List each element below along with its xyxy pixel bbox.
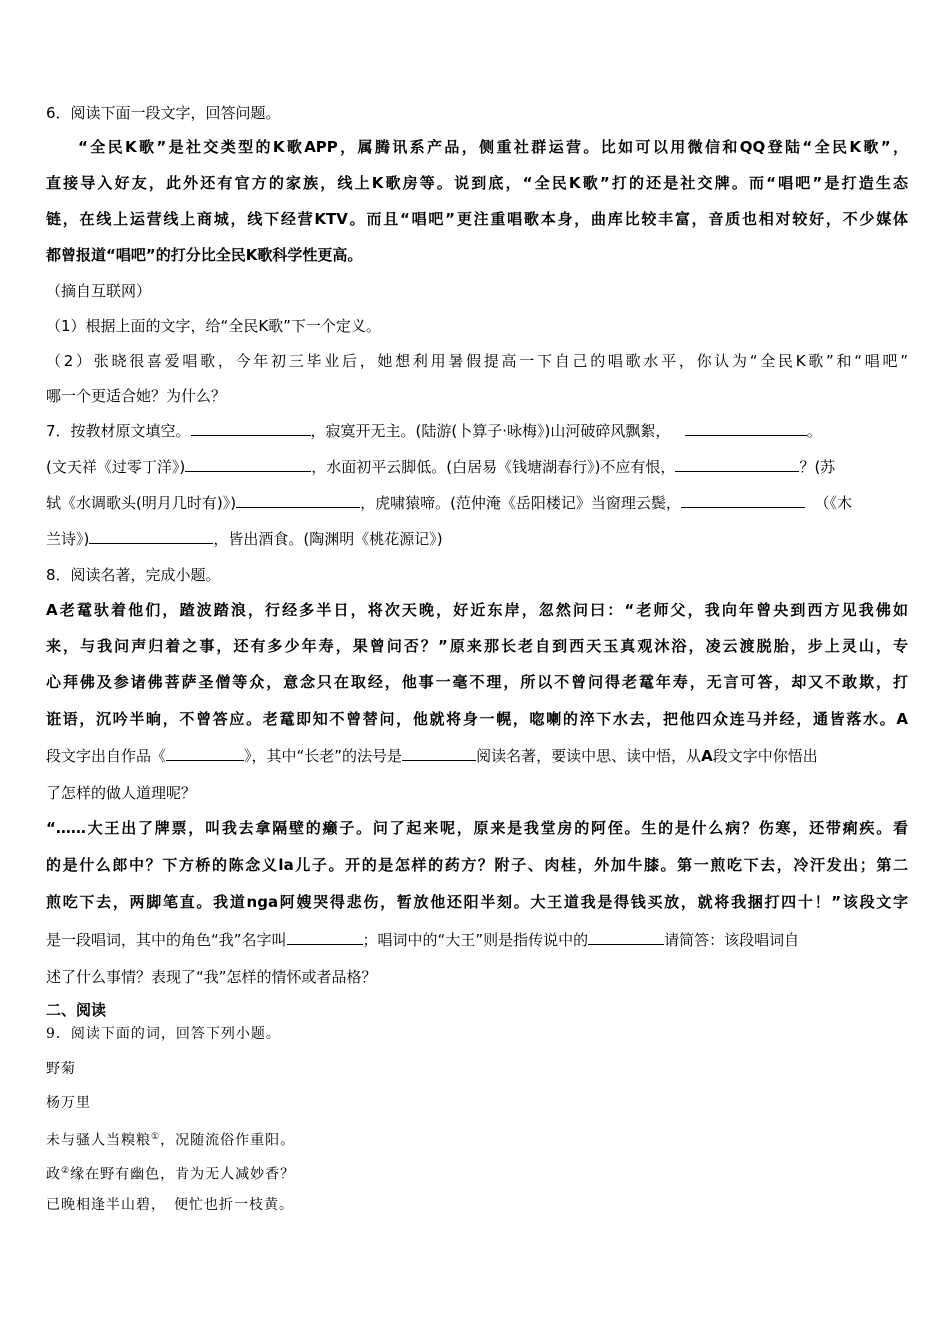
q9-title: 9．阅读下面的词，回答下列小题。 [46, 1024, 908, 1044]
q7-line-4: 兰诗》)，皆出酒食。(陶渊明《桃花源记》) [46, 529, 908, 549]
q7-text: 轼《水调歌头(明月几时有)》) [46, 494, 236, 512]
q7-title: 7．按教材原文填空。 [46, 422, 191, 440]
q8-text: 》，其中“长老”的法号是 [244, 747, 402, 765]
q8-passage-a-line: 来，与我问声归着之事，还有多少年寿，果曾问否？”原来那长老自到西天玉真观沐浴，凌… [46, 636, 908, 656]
q6-subquestion-1: （1）根据上面的文字，给“全民K歌”下一个定义。 [46, 316, 908, 336]
poem-line-1: 未与骚人当糗粮①，况随流俗作重阳。 [46, 1127, 908, 1151]
q6-source: （摘自互联网） [46, 281, 908, 301]
poem-text: 政 [46, 1167, 61, 1183]
footnote-marker: ② [61, 1166, 70, 1176]
section-heading: 二、阅读 [46, 1000, 908, 1020]
poem-title: 野菊 [46, 1059, 908, 1079]
answer-blank[interactable] [89, 529, 213, 544]
q6-title: 6．阅读下面一段文字，回答问题。 [46, 103, 908, 123]
q7-text: (文天祥《过零丁洋》) [46, 458, 185, 476]
q8-question-a: 段文字出自作品《》，其中“长老”的法号是阅读名著，要读中思、读中悟，从A段文字中… [46, 746, 908, 766]
answer-blank[interactable] [681, 493, 805, 508]
q8-question-b: 是一段唱词，其中的角色“我”名字叫；唱词中的“大王”则是指传说中的请简答：该段唱… [46, 930, 908, 950]
answer-blank[interactable] [287, 930, 363, 945]
q8-passage-a-line: 诳语，沉吟半晌，不曾答应。老鼋即知不曾替问，他就将身一幌，唿喇的淬下水去，把他四… [46, 709, 908, 729]
q6-paragraph-line: 直接导入好友，此外还有官方的家族，线上K歌房等。说到底，“全民K歌”打的还是社交… [46, 173, 908, 193]
q7-text: ，皆出酒食。(陶渊明《桃花源记》) [213, 530, 442, 548]
answer-blank[interactable] [675, 457, 799, 472]
answer-blank[interactable] [166, 746, 244, 761]
q7-text: ，水面初平云脚低。(白居易《钱塘湖春行》)不应有恨， [311, 458, 675, 476]
q8-text: 段文字出自作品《 [46, 747, 166, 765]
poem-text: ，况随流俗作重阳。 [160, 1133, 295, 1149]
q8-text: 段文字中你悟出 [713, 747, 818, 765]
answer-blank[interactable] [236, 493, 360, 508]
exam-page: 6．阅读下面一段文字，回答问题。 “全民K歌”是社交类型的K歌APP，属腾讯系产… [0, 0, 950, 1344]
q8-passage-b-line: 煎吃下去，两脚笔直。我道nga阿嫂哭得悲伤，暂放他还阳半刻。大王道我是得钱买放，… [46, 892, 908, 912]
q8-question-b-cont: 述了什么事情？表现了“我”怎样的情怀或者品格？ [46, 967, 908, 987]
answer-blank[interactable] [191, 421, 311, 436]
footnote-marker: ① [151, 1132, 160, 1142]
answer-blank[interactable] [185, 457, 311, 472]
q8-passage-b-line: 的是什么郎中？下方桥的陈念义la儿子。开的是怎样的药方？附子、肉桂，外加牛膝。第… [46, 855, 908, 875]
q7-text: ，虎啸猿啼。(范仲淹《岳阳楼记》当窗理云鬓， [360, 494, 681, 512]
q7-line-3: 轼《水调歌头(明月几时有)》)，虎啸猿啼。(范仲淹《岳阳楼记》当窗理云鬓， （《… [46, 493, 908, 513]
poem-line-2: 政②缘在野有幽色，肯为无人减妙香？ [46, 1161, 908, 1185]
q7-line-1: 7．按教材原文填空。，寂寞开无主。(陆游(卜算子·咏梅》)山河破碎风飘絮， 。 [46, 421, 908, 441]
answer-blank[interactable] [588, 930, 664, 945]
answer-blank[interactable] [402, 746, 476, 761]
q7-line-2: (文天祥《过零丁洋》)，水面初平云脚低。(白居易《钱塘湖春行》)不应有恨，？(苏 [46, 457, 908, 477]
q6-subquestion-2: （2）张晓很喜爱唱歌，今年初三毕业后，她想利用暑假提高一下自己的唱歌水平，你认为… [46, 351, 908, 371]
q8-text: 阅读名著，要读中思、读中悟，从 [476, 747, 701, 765]
q7-text: 。 [807, 422, 822, 440]
q8-text: ；唱词中的“大王”则是指传说中的 [363, 931, 589, 949]
q8-text: 请简答：该段唱词自 [664, 931, 799, 949]
q8-question-a-cont: 了怎样的做人道理呢？ [46, 783, 908, 803]
poem-author: 杨万里 [46, 1093, 908, 1113]
q6-paragraph-line: 都曾报道“唱吧”的打分比全民K歌科学性更高。 [46, 245, 908, 265]
q8-text: 是一段唱词，其中的角色“我”名字叫 [46, 931, 287, 949]
q7-text: ，寂寞开无主。(陆游(卜算子·咏梅》)山河破碎风飘絮， [311, 422, 671, 440]
poem-line-3: 已晚相逢半山碧， 便忙也折一枝黄。 [46, 1195, 908, 1215]
q8-passage-b-line: “……大王出了牌票，叫我去拿隔壁的癞子。问了起来呢，原来是我堂房的阿侄。生的是什… [46, 818, 908, 838]
answer-blank[interactable] [685, 421, 807, 436]
q7-text: 兰诗》) [46, 530, 89, 548]
poem-text: 缘在野有幽色，肯为无人减妙香？ [70, 1167, 295, 1183]
q6-paragraph-line: “全民K歌”是社交类型的K歌APP，属腾讯系产品，侧重社群运营。比如可以用微信和… [78, 137, 908, 157]
q6-paragraph-line: 链，在线上运营线上商城，线下经营KTV。而且“唱吧”更注重唱歌本身，曲库比较丰富… [46, 209, 908, 229]
q8-passage-a-line: 心拜佛及参诸佛菩萨圣僧等众，意念只在取经，他事一毫不理，所以不曾问得老鼋年寿，无… [46, 672, 908, 692]
q7-text: ？(苏 [799, 458, 835, 476]
q8-text: A [701, 747, 713, 765]
q7-text: （《木 [814, 494, 852, 512]
q8-title: 8．阅读名著，完成小题。 [46, 565, 908, 585]
poem-text: 未与骚人当糗粮 [46, 1133, 151, 1149]
q8-passage-a-line: A老鼋驮着他们，蹅波踏浪，行经多半日，将次天晚，好近东岸，忽然问曰：“老师父，我… [46, 600, 908, 620]
q6-subquestion-2-cont: 哪一个更适合她？为什么？ [46, 386, 908, 406]
